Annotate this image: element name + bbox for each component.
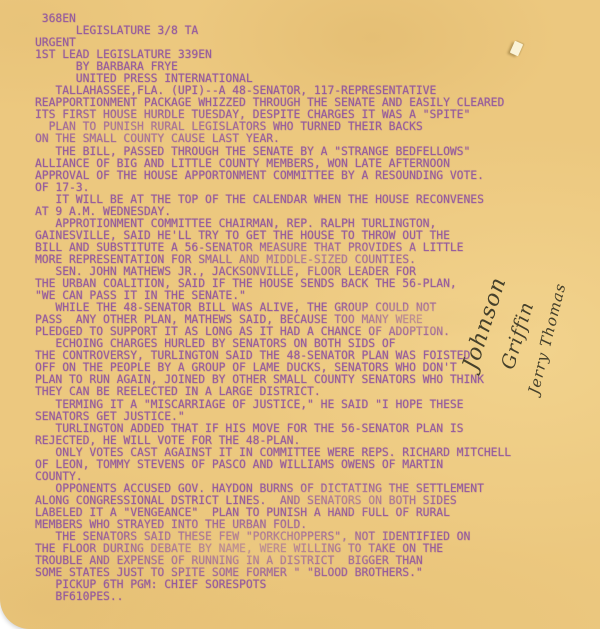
scanned-document: 368EN LEGISLATURE 3/8 TA URGENT 1ST LEAD… <box>0 0 600 629</box>
typewritten-text: 368EN LEGISLATURE 3/8 TA URGENT 1ST LEAD… <box>35 13 511 603</box>
handwritten-name-jerry-thomas: Jerry Thomas <box>525 281 570 396</box>
handwritten-annotation: Johnson Griffin Jerry Thomas <box>486 220 576 395</box>
